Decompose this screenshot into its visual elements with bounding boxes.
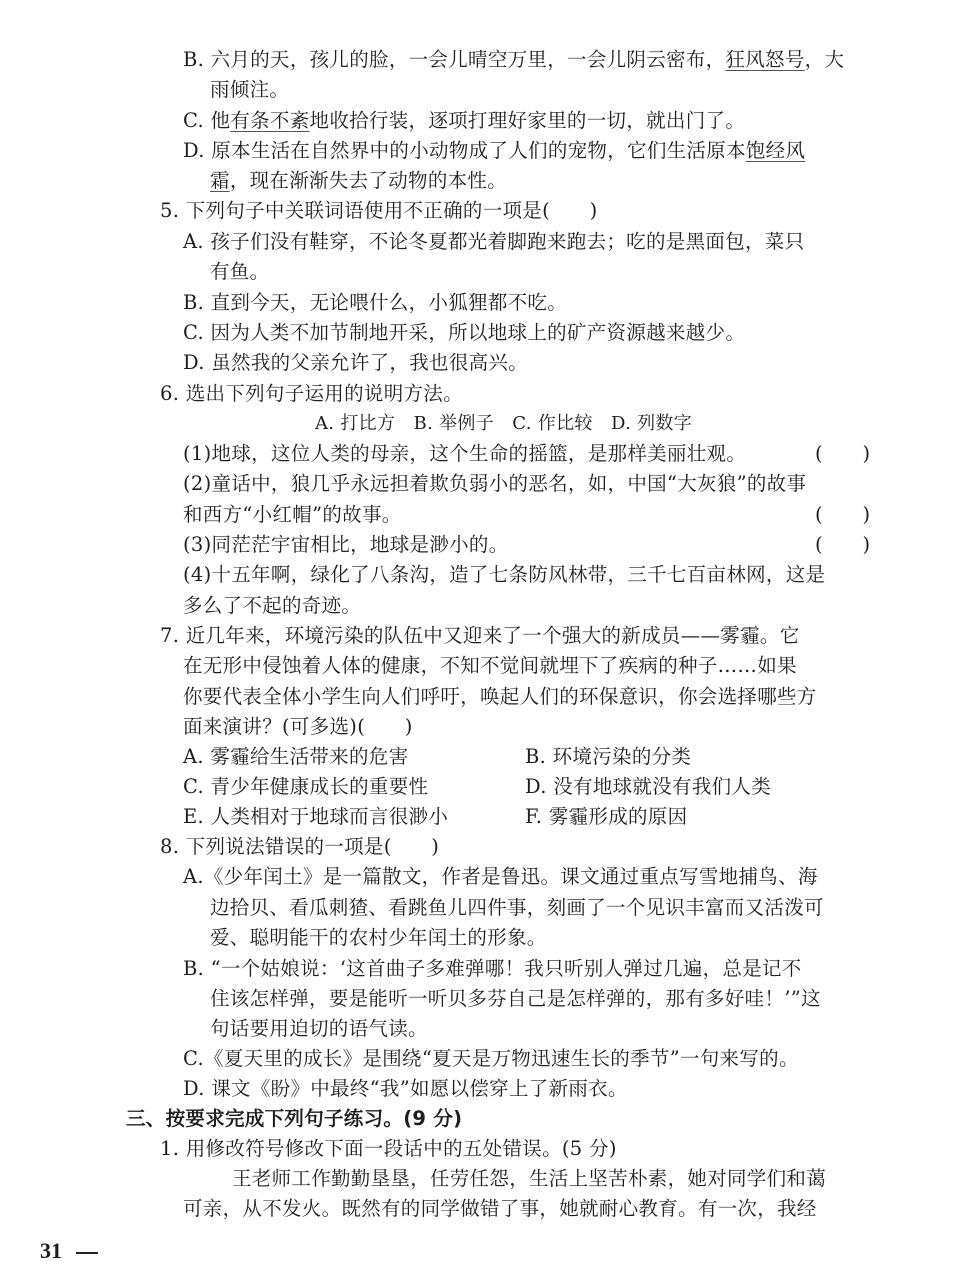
q5-option-d: D. 虽然我的父亲允许了，我也很高兴。 [183, 350, 528, 376]
q8-stem: 8. 下列说法错误的一项是( ) [160, 834, 439, 860]
s3-q1-stem: 1. 用修改符号修改下面一段话中的五处错误。(5 分) [160, 1136, 617, 1162]
q7-option-e: E. 人类相对于地球而言很渺小 [183, 804, 448, 830]
q5-option-b: B. 直到今天，无论喂什么，小狐狸都不吃。 [183, 290, 567, 316]
q5-stem: 5. 下列句子中关联词语使用不正确的一项是( ) [160, 198, 598, 224]
q8-option-a-cont-1: 边拾贝、看瓜刺猹、看跳鱼儿四件事，刻画了一个见识丰富而又活泼可 [210, 895, 824, 921]
page-number-dash [76, 1252, 98, 1254]
q8-option-d: D. 课文《盼》中最终“我”如愿以偿穿上了新雨衣。 [183, 1076, 628, 1102]
q7-stem-line-2: 在无形中侵蚀着人体的健康，不知不觉间就埋下了疾病的种子……如果 [183, 653, 797, 679]
q7-option-d: D. 没有地球就没有我们人类 [525, 774, 771, 800]
s3-passage-line-1: 王老师工作勤勤垦垦，任劳任怨，生活上坚苦朴素，她对同学们和蔼 [232, 1166, 826, 1192]
q4-option-c: C. 他有条不紊地收拾行装，逐项打理好家里的一切，就出门了。 [183, 108, 745, 134]
q8-option-b-cont-2: 句话要用迫切的语气读。 [210, 1016, 428, 1042]
q7-option-c: C. 青少年健康成长的重要性 [183, 774, 428, 800]
q5-option-a: A. 孩子们没有鞋穿，不论冬夏都光着脚跑来跑去；吃的是黑面包，菜只 [183, 229, 804, 255]
underlined-phrase: 饱经风 [746, 139, 805, 162]
q8-option-a: A.《少年闰土》是一篇散文，作者是鲁迅。课文通过重点写雪地捕鸟、海 [183, 864, 818, 890]
q6-item-4: (4)十五年啊，绿化了八条沟，造了七条防风林带，三千七百亩林网，这是 [183, 562, 825, 588]
section-3-title: 三、按要求完成下列句子练习。(9 分) [126, 1106, 462, 1132]
q7-option-b: B. 环境污染的分类 [525, 744, 691, 770]
q6-answer-blank-3[interactable]: ( ) [815, 532, 870, 558]
underlined-phrase: 有条不紊 [230, 109, 309, 132]
q6-item-3: (3)同茫茫宇宙相比，地球是渺小的。 [183, 532, 509, 558]
q8-option-b-cont-1: 住该怎样弹，要是能听一听贝多芬自己是怎样弹的，那有多好哇！’”这 [210, 986, 821, 1012]
q4-option-b-cont: 雨倾注。 [210, 77, 289, 103]
q6-stem: 6. 选出下列句子运用的说明方法。 [160, 381, 463, 407]
s3-passage-line-2: 可亲，从不发火。既然有的同学做错了事，她就耐心教育。有一次，我经 [183, 1196, 817, 1222]
q6-answer-blank-1[interactable]: ( ) [815, 441, 870, 467]
q4-option-d: D. 原本生活在自然界中的小动物成了人们的宠物，它们生活原本饱经风 [183, 138, 805, 164]
q7-stem-line-3: 你要代表全体小学生向人们呼吁，唤起人们的环保意识，你会选择哪些方 [183, 684, 817, 710]
q6-item-2: (2)童话中，狼几乎永远担着欺负弱小的恶名，如，中国“大灰狼”的故事 [183, 471, 806, 497]
q8-option-c: C.《夏天里的成长》是围绕“夏天是万物迅速生长的季节”一句来写的。 [183, 1046, 799, 1072]
q8-option-b: B. “一个姑娘说：‘这首曲子多难弹哪！我只听别人弹过几遍，总是记不 [183, 956, 802, 982]
q4-option-d-cont: 霜，现在渐渐失去了动物的本性。 [210, 168, 507, 194]
q6-choices: A. 打比方 B. 举例子 C. 作比较 D. 列数字 [315, 411, 692, 437]
q5-option-c: C. 因为人类不加节制地开采，所以地球上的矿产资源越来越少。 [183, 320, 745, 346]
q5-option-a-cont: 有鱼。 [210, 259, 269, 285]
q7-stem-line-4: 面来演讲？(可多选)( ) [183, 714, 413, 740]
q7-option-f: F. 雾霾形成的原因 [525, 804, 687, 830]
q6-answer-blank-2[interactable]: ( ) [815, 502, 870, 528]
q8-option-a-cont-2: 爱、聪明能干的农村少年闰土的形象。 [210, 925, 547, 951]
q7-option-a: A. 雾霾给生活带来的危害 [183, 744, 408, 770]
q6-item-2-cont: 和西方“小红帽”的故事。 [183, 502, 402, 528]
q6-item-4-cont: 多么了不起的奇迹。 [183, 593, 361, 619]
q6-item-1: (1)地球，这位人类的母亲，这个生命的摇篮，是那样美丽壮观。 [183, 441, 746, 467]
q4-option-b: B. 六月的天，孩儿的脸，一会儿晴空万里，一会儿阴云密布，狂风怒号，大 [183, 47, 844, 73]
underlined-phrase: 狂风怒号 [725, 48, 804, 71]
q7-stem-line-1: 7. 近几年来，环境污染的队伍中又迎来了一个强大的新成员——雾霾。它 [160, 623, 800, 649]
page-number: 31 [40, 1238, 62, 1264]
